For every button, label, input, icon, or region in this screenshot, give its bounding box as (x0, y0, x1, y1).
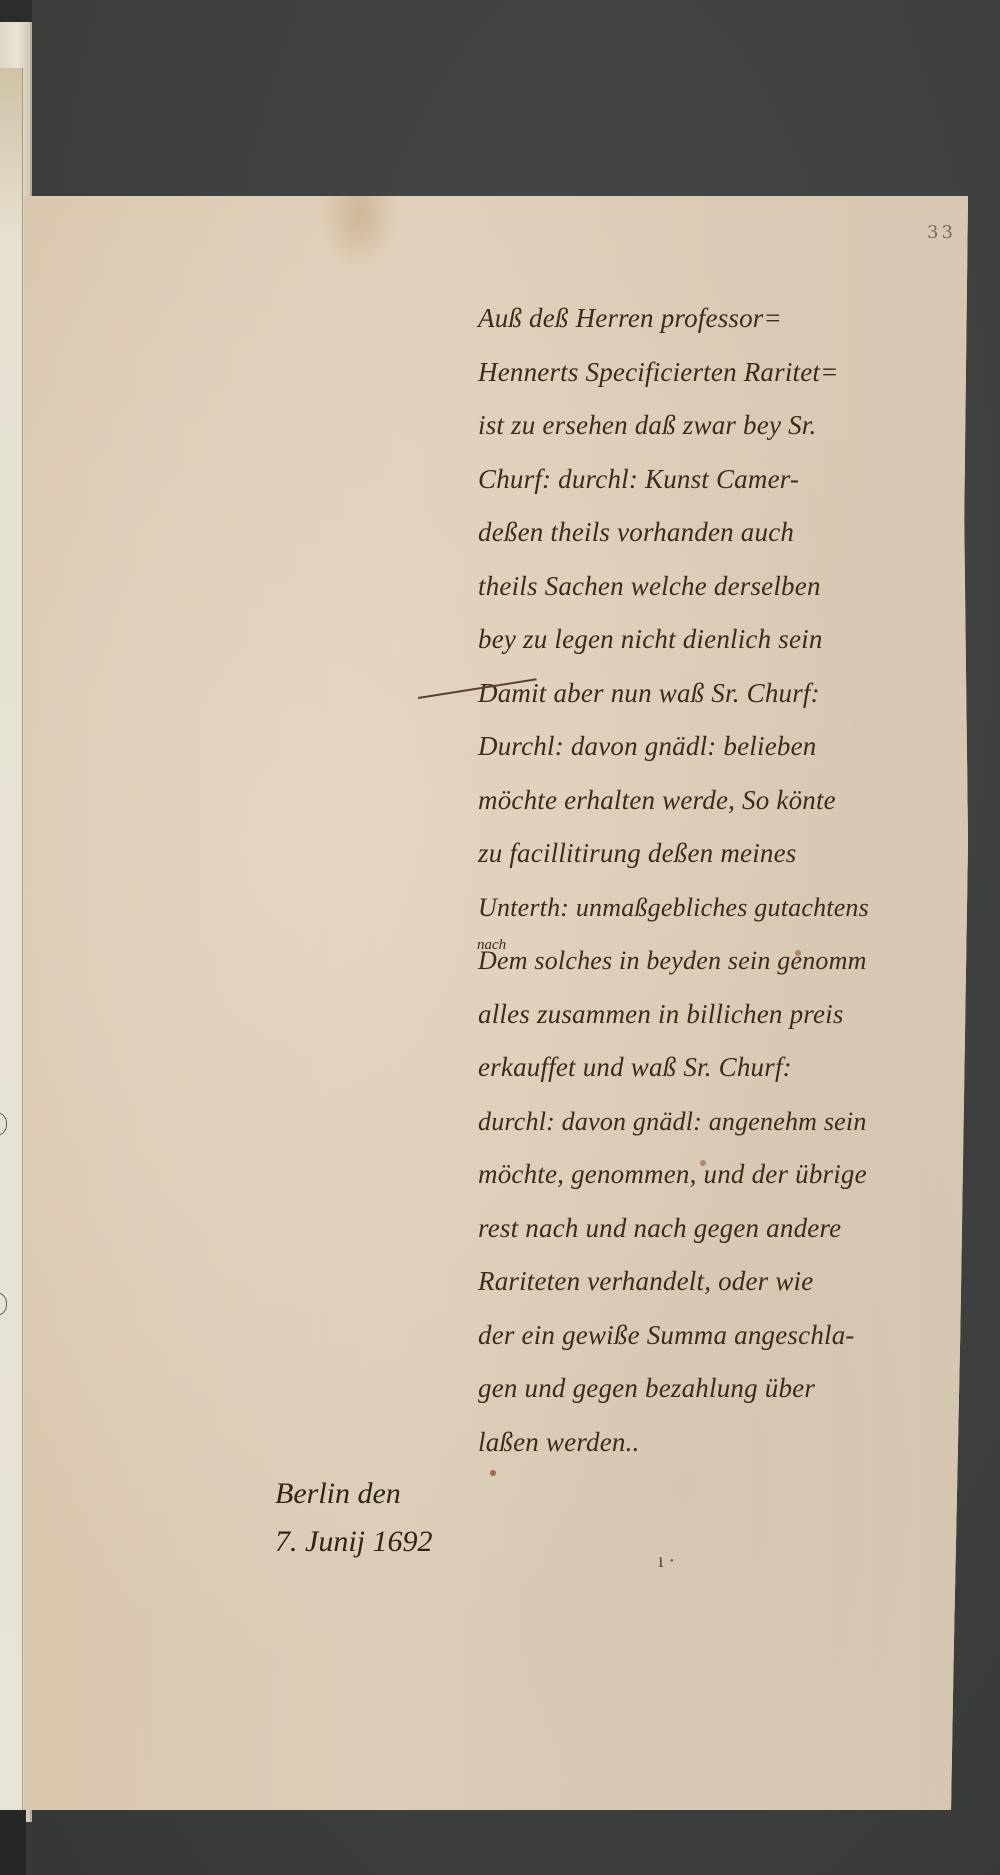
date-line: 7. Junij 1692 (275, 1518, 433, 1566)
body-line: bey zu legen nicht dienlich sein (478, 613, 978, 667)
body-line: theils Sachen welche derselben (478, 560, 978, 614)
body-line: Rariteten verhandelt, oder wie (478, 1255, 978, 1309)
body-line: rest nach und nach gegen andere (478, 1202, 978, 1256)
body-line: zu facillitirung deßen meines (478, 827, 978, 881)
folio-number: 33 (927, 222, 956, 243)
body-line: erkauffet und waß Sr. Churf: (478, 1041, 978, 1095)
body-line: durchl: davon gnädl: angenehm sein (478, 1095, 978, 1149)
binding-edge-top (0, 0, 32, 22)
body-line: der ein gewiße Summa angeschla- (478, 1309, 978, 1363)
interlinear-note: nach (477, 937, 506, 954)
body-line: Hennerts Specificierten Raritet= (478, 346, 978, 400)
paper-spot (490, 1470, 496, 1476)
body-line: Unterth: unmaßgebliches gutachtens (478, 881, 978, 935)
body-line: ist zu ersehen daß zwar bey Sr. (478, 399, 978, 453)
letter-body: Auß deß Herren professor= Hennerts Speci… (478, 292, 978, 1469)
body-line: möchte, genommen, und der übrige (478, 1148, 978, 1202)
place-line: Berlin den (275, 1470, 433, 1518)
adjacent-page-edge (0, 68, 23, 1828)
body-line: laßen werden.. (478, 1416, 978, 1470)
paper-spot (700, 1160, 706, 1166)
body-line: Dem solches in beyden sein genomm (478, 934, 978, 988)
body-line: Damit aber nun waß Sr. Churf: (478, 667, 978, 721)
body-line: Durchl: davon gnädl: belieben (478, 720, 978, 774)
body-line: alles zusammen in billichen preis (478, 988, 978, 1042)
binding-edge-bottom (0, 1810, 26, 1875)
body-line: möchte erhalten werde, So könte (478, 774, 978, 828)
paper-spot (795, 950, 801, 956)
place-date: Berlin den 7. Junij 1692 (275, 1470, 433, 1566)
body-line: Churf: durchl: Kunst Camer- (478, 453, 978, 507)
body-line: gen und gegen bezahlung über (478, 1362, 978, 1416)
stray-ink-mark: ı · (658, 1550, 675, 1573)
body-line: Auß deß Herren professor= (478, 292, 978, 346)
body-line: deßen theils vorhanden auch (478, 506, 978, 560)
